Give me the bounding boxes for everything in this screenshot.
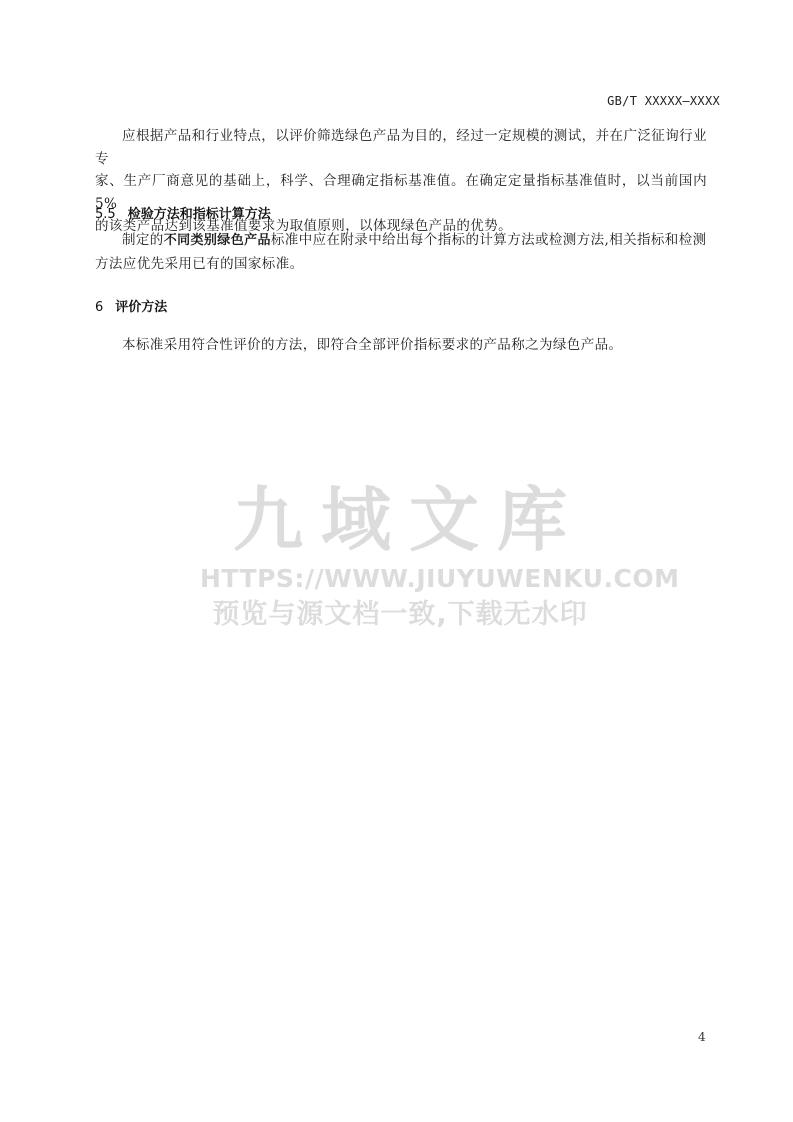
bold-emphasis: 不同类别绿色产品 [164, 233, 271, 248]
section-number: 6 [95, 300, 103, 315]
section-heading-5-5: 5.5检验方法和指标计算方法 [95, 203, 271, 222]
text-line: 制定的不同类别绿色产品标准中应在附录中给出每个指标的计算方法或检测方法,相关指标… [95, 229, 707, 253]
section-heading-6: 6评价方法 [95, 296, 167, 315]
section-title: 评价方法 [115, 300, 167, 315]
watermark: 九域文库 HTTPS://WWW.JIUYUWENKU.COM 预览与源文档一致… [200, 478, 600, 634]
text-line: 本标准采用符合性评价的方法，即符合全部评价指标要求的产品称之为绿色产品。 [95, 334, 707, 357]
paragraph-test-methods: 制定的不同类别绿色产品标准中应在附录中给出每个指标的计算方法或检测方法,相关指标… [95, 229, 707, 275]
section-title: 检验方法和指标计算方法 [128, 207, 271, 222]
section-number: 5.5 [95, 207, 116, 222]
text-line: 方法应优先采用已有的国家标准。 [95, 253, 707, 276]
paragraph-evaluation-method: 本标准采用符合性评价的方法，即符合全部评价指标要求的产品称之为绿色产品。 [95, 334, 707, 357]
watermark-url: HTTPS://WWW.JIUYUWENKU.COM [200, 562, 600, 596]
standard-code-header: GB/T XXXXX—XXXX [607, 94, 720, 108]
watermark-title: 九域文库 [218, 478, 600, 562]
watermark-note: 预览与源文档一致,下载无水印 [200, 596, 600, 634]
text-line: 应根据产品和行业特点，以评价筛选绿色产品为目的，经过一定规模的测试，并在广泛征询… [95, 125, 707, 170]
page-number: 4 [698, 1030, 706, 1044]
